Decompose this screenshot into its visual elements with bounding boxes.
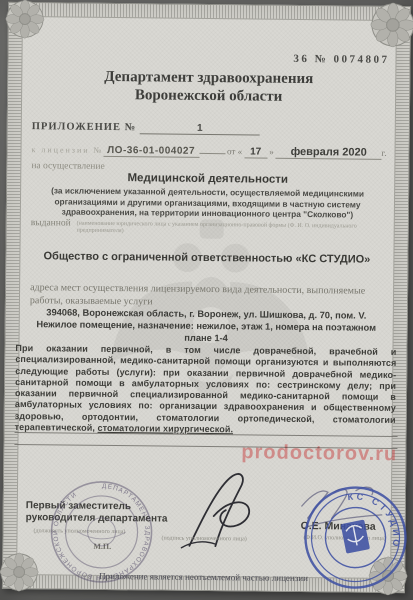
issued-to-caption: (наименование юридического лица с указан… — [77, 219, 378, 238]
license-number: ЛО-36-01-004027 — [103, 145, 199, 158]
appendix-row: ПРИЛОЖЕНИЕ № 1 — [32, 121, 260, 135]
license-document: 36 № 0074807 Департамент здравоохранения… — [2, 2, 411, 593]
signature-icon — [175, 460, 276, 561]
signature-caption: (подпись уполномоченного лица) — [161, 536, 246, 543]
issuer-title: Департамент здравоохранения Воронежской … — [8, 67, 409, 107]
date-close: » — [267, 147, 276, 157]
photo-background: 36 № 0074807 Департамент здравоохранения… — [0, 0, 413, 600]
date-day: 17 — [244, 146, 267, 158]
issuer-title-line2: Воронежской области — [8, 85, 409, 107]
date-year-mark: г. — [382, 148, 387, 158]
organization-name: Общество с ограниченной ответственностью… — [6, 250, 407, 266]
form-line — [199, 153, 225, 154]
serial-number: 36 № 0074807 — [293, 53, 389, 66]
address-value: 394068, Воронежская область, г. Воронеж,… — [34, 306, 379, 346]
issued-to-row: выданной (наименование юридического лица… — [31, 218, 378, 238]
appendix-label: ПРИЛОЖЕНИЕ № — [32, 121, 137, 133]
activity-note: (за исключением указанной деятельности, … — [21, 185, 394, 220]
works-paragraph: При оказании первичной, в том числе довр… — [15, 343, 397, 437]
date-prefix: от « — [225, 146, 244, 156]
date-month-year: февраля 2020 — [276, 146, 382, 160]
issued-to-label: выданной — [31, 218, 71, 228]
license-row: к лицензии № ЛО-36-01-004027 от « 17 » ф… — [31, 143, 386, 160]
works-paragraph-main: При оказании первичной, в том числе довр… — [15, 343, 397, 433]
license-label: к лицензии № — [31, 145, 103, 155]
appendix-number: 1 — [140, 122, 260, 135]
